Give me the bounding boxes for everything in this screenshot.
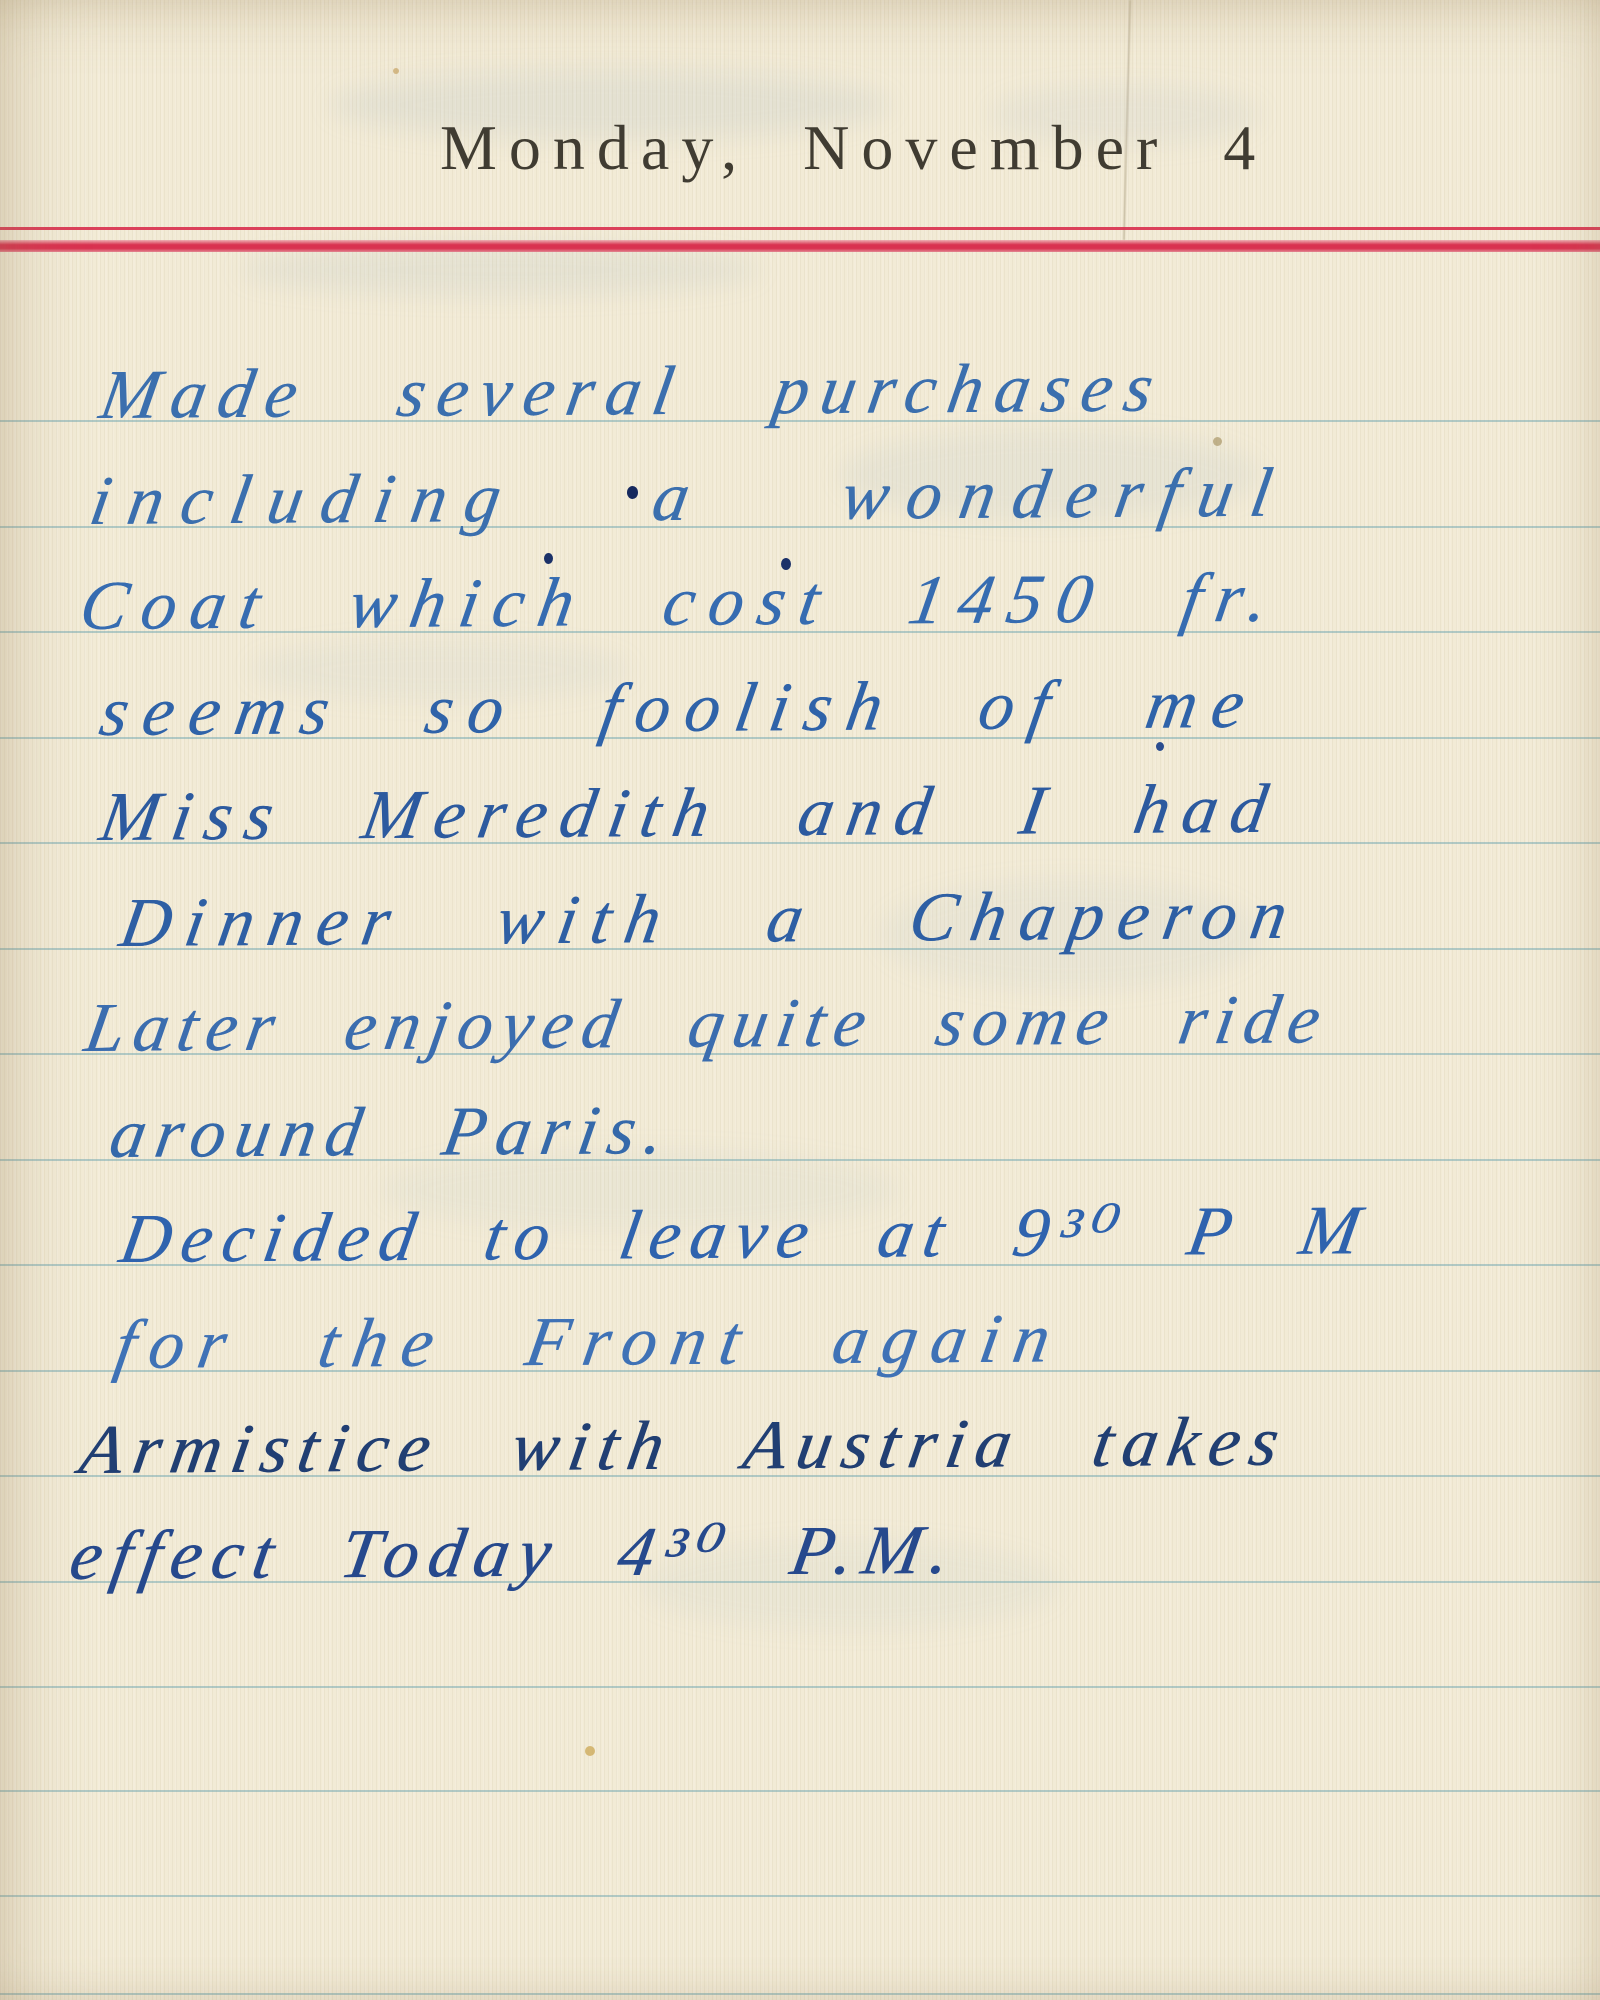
entry-line: Coat which cost 1450 fr. bbox=[75, 564, 1287, 642]
entry-line: around Paris. bbox=[105, 1096, 679, 1170]
entry-line: Miss Meredith and I had bbox=[95, 775, 1285, 853]
ruled-line bbox=[0, 1895, 1600, 1897]
ruled-line bbox=[0, 1686, 1600, 1688]
entry-line: Dinner with a Chaperon bbox=[115, 881, 1306, 959]
paper-fleck bbox=[393, 68, 399, 74]
paper-fleck bbox=[1213, 437, 1222, 446]
entry-line: Made several purchases bbox=[95, 354, 1170, 431]
diary-page: Monday, November 4 Made several purchase… bbox=[0, 0, 1600, 2000]
ink-speck bbox=[627, 486, 638, 499]
entry-line: effect Today 4³⁰ P.M. bbox=[65, 1516, 965, 1592]
ghost-smudge bbox=[240, 245, 760, 295]
ruled-line bbox=[0, 1993, 1600, 1995]
entry-line: including a wonderful bbox=[85, 459, 1295, 537]
entry-line: Later enjoyed quite some ride bbox=[80, 985, 1334, 1064]
ink-speck bbox=[1156, 742, 1164, 751]
entry-line: for the Front again bbox=[110, 1304, 1069, 1381]
entry-line: Armistice with Austria takes bbox=[75, 1408, 1293, 1486]
page-title-date: Monday, November 4 bbox=[440, 116, 1267, 180]
paper-fleck bbox=[585, 1746, 595, 1756]
ink-speck bbox=[544, 553, 553, 564]
ink-speck bbox=[781, 558, 791, 570]
entry-line: Decided to leave at 9³⁰ P M bbox=[115, 1196, 1375, 1275]
red-rule-thin bbox=[0, 227, 1600, 230]
ruled-line bbox=[0, 1790, 1600, 1792]
entry-line: seems so foolish of me bbox=[95, 670, 1264, 748]
red-rule-thick bbox=[0, 240, 1600, 252]
